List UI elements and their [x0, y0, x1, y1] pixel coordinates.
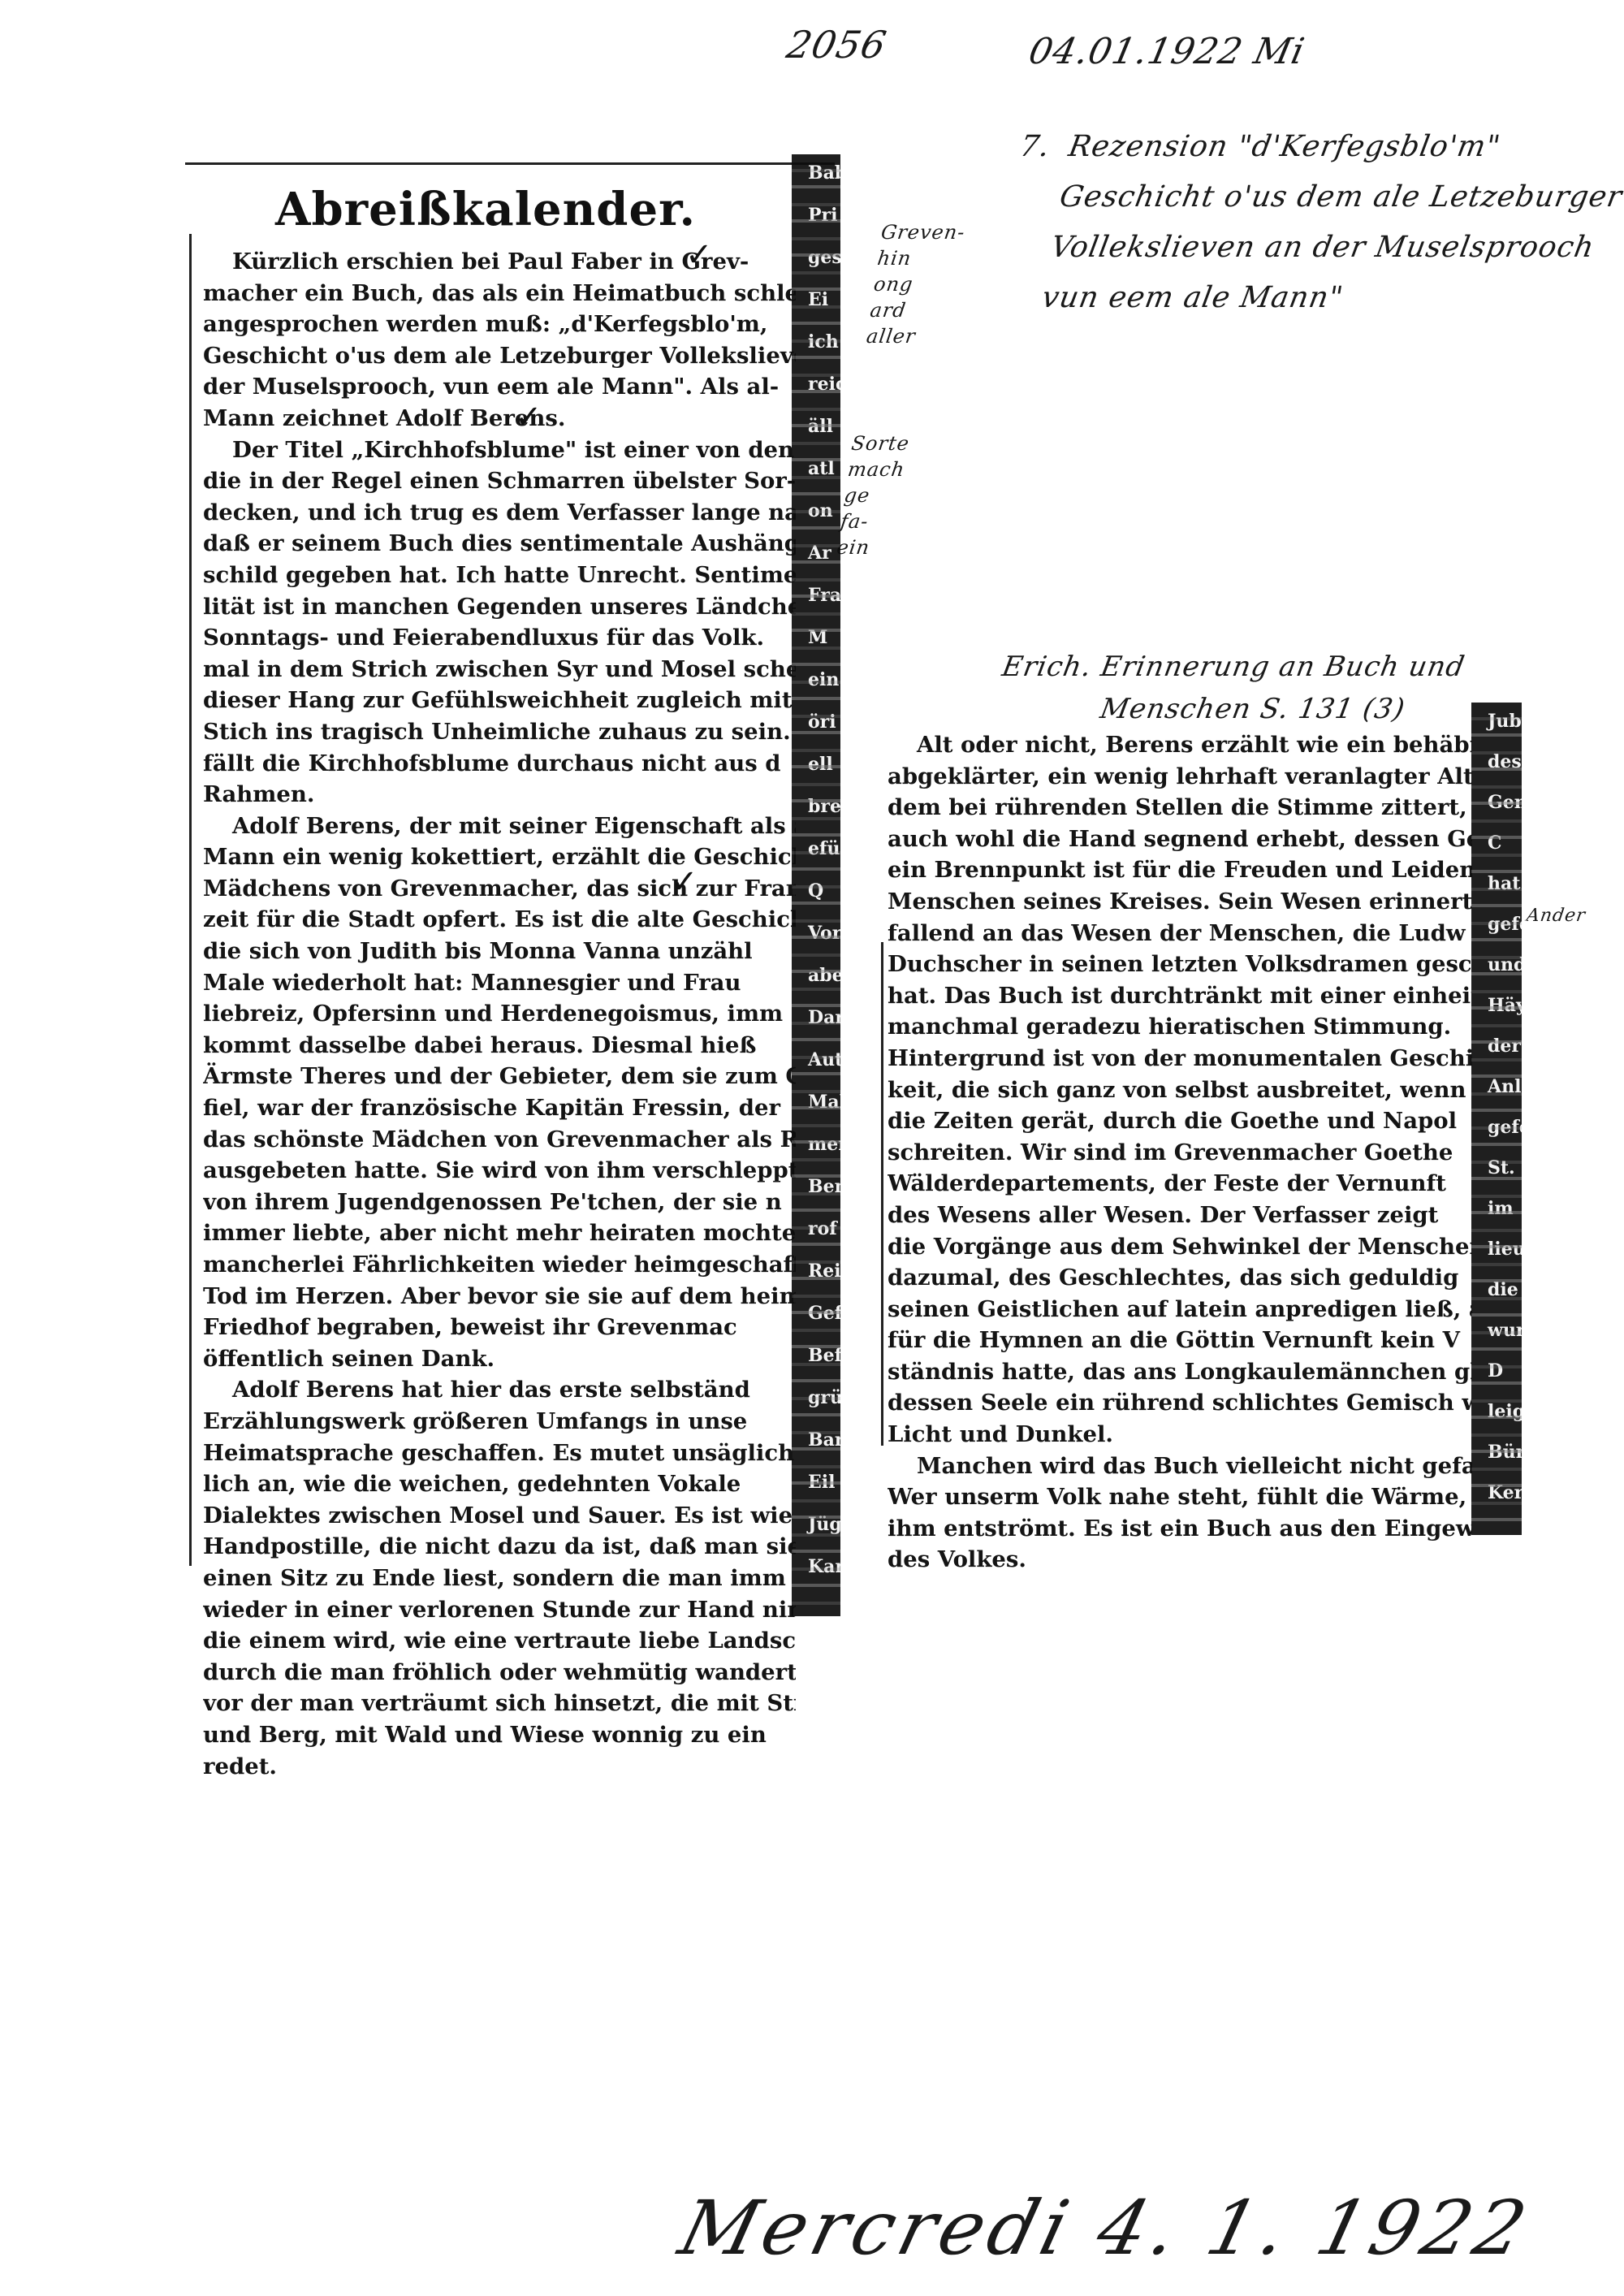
column-fragment: reic	[808, 374, 846, 395]
article-line: ständnis hatte, das ans Longkaulemännche…	[888, 1356, 1472, 1388]
newspaper-clipping-right: Alt oder nicht, Berens erzählt wie ein b…	[881, 723, 1498, 1543]
margin-note-right: Ander	[1525, 906, 1587, 926]
newspaper-clipping-left: Abreißkalender. Kürzlich erschien bei Pa…	[185, 162, 835, 1651]
column-fragment: rof	[808, 1218, 837, 1239]
article-line: Der Titel „Kirchhofsblume" ist einer von…	[203, 435, 796, 466]
column-fragment: Aut	[808, 1049, 843, 1070]
column-fragment: Rei	[808, 1260, 841, 1282]
article-line: hat. Das Buch ist durchtränkt mit einer …	[888, 980, 1472, 1012]
article-line: Adolf Berens, der mit seiner Eigenschaft…	[203, 811, 796, 842]
column-fragment: leig	[1488, 1401, 1525, 1422]
note-line: vun eem ale Mann"	[989, 273, 1609, 323]
article-line: keit, die sich ganz von selbst ausbreite…	[888, 1074, 1472, 1106]
column-fragment: Kerl	[1488, 1482, 1531, 1503]
article-line: redet.	[203, 1751, 796, 1783]
article-line: Adolf Berens hat hier das erste selbstän…	[203, 1374, 796, 1406]
article-line: immer liebte, aber nicht mehr heiraten m…	[203, 1217, 796, 1249]
article-line: dem bei rührenden Stellen die Stimme zit…	[888, 792, 1472, 824]
column-fragment: Ar	[808, 543, 831, 564]
article-line: Alt oder nicht, Berens erzählt wie ein b…	[888, 729, 1472, 761]
column-fragment: Bef	[808, 1345, 842, 1366]
column-fragment: gefe	[1488, 1117, 1531, 1138]
article-line: die Vorgänge aus dem Sehwinkel der Mensc…	[888, 1231, 1472, 1263]
article-line: die sich von Judith bis Monna Vanna unzä…	[203, 936, 796, 967]
article-line: Wälderdepartements, der Feste der Vernun…	[888, 1168, 1472, 1200]
article-line: angesprochen werden muß: „d'Kerfegsblo'm…	[203, 309, 796, 340]
adjacent-column-strip-right: JubrdesGenChatgefeundHäylderAnlgefeSt.im…	[1471, 703, 1522, 1535]
note-line: Geschicht o'us dem ale Letzeburger	[1007, 172, 1624, 223]
note-number: 7.	[1016, 122, 1073, 172]
article-line: schreiten. Wir sind im Grevenmacher Goet…	[888, 1137, 1472, 1169]
article-line: des Wesens aller Wesen. Der Verfasser ze…	[888, 1200, 1472, 1231]
column-fragment: und	[1488, 954, 1526, 975]
check-mark-icon: ✓	[685, 236, 713, 274]
column-fragment: on	[808, 500, 833, 521]
article-column-right: Alt oder nicht, Berens erzählt wie ein b…	[888, 729, 1472, 1576]
column-fragment: Jüg	[808, 1514, 842, 1535]
column-fragment: Ei	[808, 289, 828, 310]
article-line: zeit für die Stadt opfert. Es ist die al…	[203, 904, 796, 936]
article-line: fällt die Kirchhofsblume durchaus nicht …	[203, 748, 796, 780]
column-fragment: Dar	[808, 1007, 844, 1028]
column-fragment: äll	[808, 416, 833, 437]
column-fragment: C	[1488, 832, 1502, 854]
archive-number: 2056	[783, 23, 891, 67]
article-line: Rahmen.	[203, 779, 796, 811]
article-line: liebreiz, Opfersinn und Herdenegoismus, …	[203, 998, 796, 1030]
column-fragment: Kan	[808, 1556, 848, 1577]
column-fragment: St.	[1488, 1157, 1515, 1178]
article-line: vor der man verträumt sich hinsetzt, die…	[203, 1688, 796, 1719]
article-line: Friedhof begraben, beweist ihr Grevenmac	[203, 1312, 796, 1343]
column-fragment: Mal	[808, 1092, 846, 1113]
column-fragment: im	[1488, 1198, 1514, 1219]
column-fragment: Häyl	[1488, 995, 1533, 1016]
article-line: Manchen wird das Buch vielleicht nicht g…	[888, 1451, 1472, 1482]
column-fragment: efü	[808, 838, 840, 859]
column-fragment: Bab	[808, 162, 847, 184]
article-line: Geschicht o'us dem ale Letzeburger Volle…	[203, 340, 796, 372]
column-fragment: Bar	[808, 1429, 844, 1451]
archive-date: 04.01.1922 Mi	[1026, 31, 1309, 72]
column-fragment: grü	[808, 1387, 843, 1408]
article-title: Abreißkalender.	[185, 183, 786, 236]
article-line: decken, und ich trug es dem Verfasser la…	[203, 497, 796, 529]
article-column-left: Kürzlich erschien bei Paul Faber in Grev…	[203, 246, 796, 1782]
article-line: dazumal, des Geschlechtes, das sich gedu…	[888, 1262, 1472, 1294]
article-line: lich an, wie die weichen, gedehnten Voka…	[203, 1468, 796, 1500]
column-fragment: Gen	[1488, 792, 1527, 813]
article-line: öffentlich seinen Dank.	[203, 1343, 796, 1375]
column-fragment: Bür	[1488, 1442, 1525, 1463]
note-line: 7.Rezension "d'Kerfegsblo'm"	[1016, 122, 1624, 172]
column-fragment: Vor	[808, 923, 841, 944]
column-fragment: Q	[808, 880, 823, 902]
article-line: für die Hymnen an die Göttin Vernunft ke…	[888, 1325, 1472, 1356]
article-line: dessen Seele ein rührend schlichtes Gemi…	[888, 1387, 1472, 1419]
article-line: Sonntags- und Feierabendluxus für das Vo…	[203, 622, 796, 654]
article-line: ein Brennpunkt ist für die Freuden und L…	[888, 854, 1472, 886]
article-line: Dialektes zwischen Mosel und Sauer. Es i…	[203, 1500, 796, 1532]
column-rule	[881, 942, 883, 1446]
article-line: mal in dem Strich zwischen Syr und Mosel…	[203, 654, 796, 685]
article-line: Heimatsprache geschaffen. Es mutet unsäg…	[203, 1438, 796, 1469]
column-fragment: D	[1488, 1360, 1503, 1381]
handwritten-note: 7.Rezension "d'Kerfegsblo'm" Geschicht o…	[989, 122, 1624, 323]
article-line: seinen Geistlichen auf latein anpredigen…	[888, 1294, 1472, 1325]
article-line: die einem wird, wie eine vertraute liebe…	[203, 1625, 796, 1657]
column-fragment: Anl	[1488, 1076, 1521, 1097]
article-line: schild gegeben hat. Ich hatte Unrecht. S…	[203, 560, 796, 591]
column-fragment: ein	[808, 669, 839, 690]
source-line: Erich. Erinnerung an Buch und	[999, 646, 1468, 688]
column-fragment: mer	[808, 1134, 848, 1155]
article-line: Wer unserm Volk nahe steht, fühlt die Wä…	[888, 1481, 1472, 1513]
article-line: durch die man fröhlich oder wehmütig wan…	[203, 1657, 796, 1688]
column-fragment: Ben	[808, 1176, 848, 1197]
column-fragment: Pri	[808, 205, 838, 226]
article-line: Tod im Herzen. Aber bevor sie sie auf de…	[203, 1281, 796, 1312]
article-line: die in der Regel einen Schmarren übelste…	[203, 465, 796, 497]
check-mark-icon: ✓	[515, 399, 542, 436]
article-line: fiel, war der französische Kapitän Fress…	[203, 1092, 796, 1124]
article-line: Erzählungswerk größeren Umfangs in unse	[203, 1406, 796, 1438]
article-line: manchmal geradezu hieratischen Stimmung.	[888, 1011, 1472, 1043]
adjacent-column-strip-left: BabPrigesEiichreicällatlonArFraMeinöriel…	[792, 154, 840, 1616]
article-line: der Muselsprooch, vun eem ale Mann". Als…	[203, 371, 796, 403]
column-fragment: Eil	[808, 1472, 835, 1493]
column-fragment: wur	[1488, 1320, 1526, 1341]
article-line: Mädchens von Grevenmacher, das sich zur …	[203, 873, 796, 905]
column-fragment: öri	[808, 711, 836, 733]
article-line: Mann zeichnet Adolf Berens.	[203, 403, 796, 435]
column-fragment: ell	[808, 754, 833, 775]
note-line: Vollekslieven an der Muselsprooch	[998, 223, 1618, 273]
column-fragment: der	[1488, 1036, 1521, 1057]
article-line: Mann ein wenig kokettiert, erzählt die G…	[203, 841, 796, 873]
article-line: lität ist in manchen Gegenden unseres Lä…	[203, 591, 796, 623]
article-line: und Berg, mit Wald und Wiese wonnig zu e…	[203, 1719, 796, 1751]
article-line: ihm entströmt. Es ist ein Buch aus den E…	[888, 1513, 1472, 1545]
article-line: einen Sitz zu Ende liest, sondern die ma…	[203, 1563, 796, 1594]
check-mark-icon: ✓	[671, 863, 698, 901]
column-fragment: Jubr	[1488, 711, 1531, 732]
article-line: des Volkes.	[888, 1544, 1472, 1576]
article-line: Ärmste Theres und der Gebieter, dem sie …	[203, 1061, 796, 1092]
article-line: Duchscher in seinen letzten Volksdramen …	[888, 949, 1472, 980]
article-line: die Zeiten gerät, durch die Goethe und N…	[888, 1105, 1472, 1137]
column-fragment: Fra	[808, 585, 841, 606]
article-line: ausgebeten hatte. Sie wird von ihm versc…	[203, 1155, 796, 1187]
column-fragment: hat	[1488, 873, 1520, 894]
column-rule	[189, 234, 192, 1566]
article-line: fallend an das Wesen der Menschen, die L…	[888, 918, 1472, 949]
column-fragment: die	[1488, 1279, 1518, 1300]
source-reference: Erich. Erinnerung an Buch und Menschen S…	[991, 646, 1468, 730]
column-fragment: M	[808, 627, 827, 648]
article-line: Licht und Dunkel.	[888, 1419, 1472, 1451]
article-line: Handpostille, die nicht dazu da ist, daß…	[203, 1531, 796, 1563]
article-line: macher ein Buch, das als ein Heimatbuch …	[203, 278, 796, 309]
column-fragment: Gef	[808, 1303, 842, 1324]
article-line: das schönste Mädchen von Grevenmacher al…	[203, 1124, 796, 1156]
margin-notes-left: Greven- hin ong ard aller Sorte mach ge …	[835, 219, 966, 560]
column-fragment: abe	[808, 965, 844, 986]
article-line: Male wiederholt hat: Mannesgier und Frau	[203, 967, 796, 999]
article-line: dieser Hang zur Gefühlsweichheit zugleic…	[203, 685, 796, 716]
article-line: Hintergrund ist von der monumentalen Ges…	[888, 1043, 1472, 1074]
column-fragment: lieuf	[1488, 1239, 1533, 1260]
article-line: Stich ins tragisch Unheimliche zuhaus zu…	[203, 716, 796, 748]
column-fragment: des	[1488, 751, 1522, 772]
article-line: Menschen seines Kreises. Sein Wesen erin…	[888, 886, 1472, 918]
column-fragment: bre	[808, 796, 841, 817]
column-fragment: gefe	[1488, 914, 1531, 935]
bottom-handwritten-date: Mercredi 4. 1. 1922	[672, 2185, 1540, 2272]
column-fragment: ges	[808, 247, 842, 268]
article-line: von ihrem Jugendgenossen Pe'tchen, der s…	[203, 1187, 796, 1218]
column-fragment: ich	[808, 331, 839, 352]
article-line: daß er seinem Buch dies sentimentale Aus…	[203, 528, 796, 560]
column-fragment: atl	[808, 458, 835, 479]
article-line: wieder in einer verlorenen Stunde zur Ha…	[203, 1594, 796, 1626]
article-line: auch wohl die Hand segnend erhebt, desse…	[888, 824, 1472, 855]
article-line: abgeklärter, ein wenig lehrhaft veranlag…	[888, 761, 1472, 793]
article-line: mancherlei Fährlichkeiten wieder heimges…	[203, 1249, 796, 1281]
article-line: kommt dasselbe dabei heraus. Diesmal hie…	[203, 1030, 796, 1062]
